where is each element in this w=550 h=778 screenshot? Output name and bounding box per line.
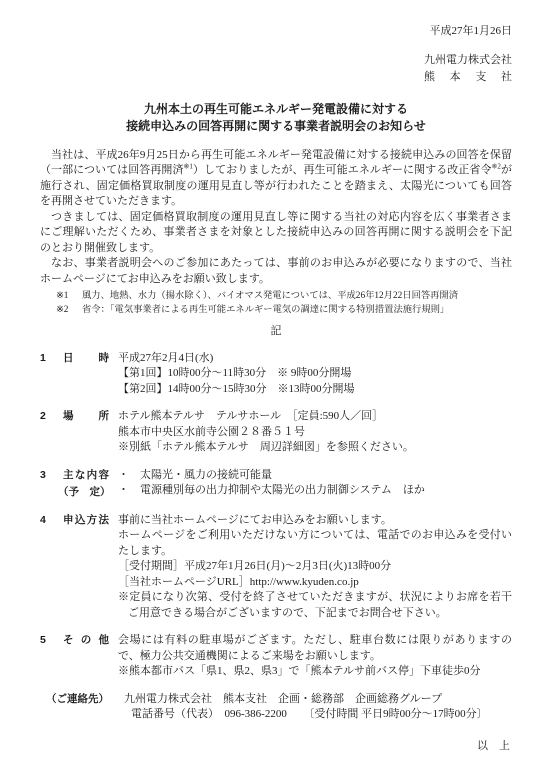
item-venue-label: 場所 bbox=[63, 409, 109, 425]
document-date: 平成27年1月26日 bbox=[40, 24, 512, 40]
footnote-ref-2: ※2 bbox=[492, 162, 501, 170]
item-application-labelcol: 申込方法 bbox=[63, 513, 118, 622]
item-venue: 2 場所 ホテル熊本テルサ テルサホール ［定員:590人／回］ 熊本市中央区水… bbox=[40, 409, 512, 456]
closing-mark: 以 上 bbox=[40, 739, 512, 755]
footnote-1-text: 風力、地熱、水力（揚水除く）、バイオマス発電については、平成26年12月22日回… bbox=[82, 289, 512, 303]
item-application-content: 事前に当社ホームページにてお申込みをお願いします。 ホームページをご利用いただけ… bbox=[118, 513, 512, 622]
footnote-2-mark: ※2 bbox=[56, 303, 82, 317]
document-page: 平成27年1月26日 九州電力株式会社 熊本支社 九州本土の再生可能エネルギー発… bbox=[0, 0, 550, 778]
company-name: 九州電力株式会社 bbox=[424, 53, 512, 69]
item-application-number: 4 bbox=[40, 513, 63, 622]
item-line: 【第1回】10時00分～11時30分 ※ 9時00分開場 bbox=[118, 366, 512, 382]
paragraph-1: 当社は、平成26年9月25日から再生可能エネルギー発電設備に対する接続申込みの回… bbox=[40, 148, 512, 210]
document-title-line-1: 九州本土の再生可能エネルギー発電設備に対する bbox=[40, 101, 512, 118]
footnotes: ※1 風力、地熱、水力（揚水除く）、バイオマス発電については、平成26年12月2… bbox=[56, 289, 512, 317]
item-application-label: 申込方法 bbox=[63, 513, 109, 529]
document-title: 九州本土の再生可能エネルギー発電設備に対する 接続申込みの回答再開に関する事業者… bbox=[40, 101, 512, 135]
item-contents: 3 主な内容 （予 定） ・ 太陽光・風力の接続可能量 ・ 電源種別毎の出力抑制… bbox=[40, 468, 512, 501]
item-other-labelcol: その他 bbox=[63, 633, 118, 680]
item-contents-label: 主な内容 bbox=[63, 468, 109, 484]
item-venue-number: 2 bbox=[40, 409, 63, 456]
item-line: ・ 太陽光・風力の接続可能量 bbox=[118, 468, 512, 484]
contact-organization: 九州電力株式会社 熊本支社 企画・総務部 企画総務グループ bbox=[124, 692, 512, 708]
item-datetime-labelcol: 日時 bbox=[63, 351, 118, 398]
item-line-note: ※熊本都市バス「県1、県2、県3」で「熊本テルサ前バス停」下車徒歩0分 bbox=[118, 664, 512, 680]
item-datetime-label: 日時 bbox=[63, 351, 109, 367]
contact-lines: 九州電力株式会社 熊本支社 企画・総務部 企画総務グループ 電話番号（代表） 0… bbox=[124, 692, 512, 723]
item-contents-sublabel: （予 定） bbox=[58, 485, 118, 501]
item-other: 5 その他 会場には有料の駐車場がござます。ただし、駐車台数には限りがありますの… bbox=[40, 633, 512, 680]
item-line: 会場には有料の駐車場がござます。ただし、駐車台数には限りがありますので、極力公共… bbox=[118, 633, 512, 664]
contact-label: （ご連絡先） bbox=[40, 692, 124, 723]
item-other-content: 会場には有料の駐車場がござます。ただし、駐車台数には限りがありますので、極力公共… bbox=[118, 633, 512, 680]
item-line-note: ※定員になり次第、受付を終了させていただきますが、状況によりお席を若干ご用意でき… bbox=[118, 590, 512, 621]
item-line: 平成27年2月4日(水) bbox=[118, 351, 512, 367]
paragraph-3: なお、事業者説明会へのご参加にあたっては、事前のお申込みが必要になりますので、当… bbox=[40, 256, 512, 287]
item-application: 4 申込方法 事前に当社ホームページにてお申込みをお願いします。 ホームページを… bbox=[40, 513, 512, 622]
item-line: ホームページをご利用いただけない方については、電話でのお申込みを受付いたします。 bbox=[118, 528, 512, 559]
footnote-2: ※2 省令：「電気事業者による再生可能エネルギー電気の調達に関する特別措置法施行… bbox=[56, 303, 512, 317]
item-venue-labelcol: 場所 bbox=[63, 409, 118, 456]
issuer-inner: 九州電力株式会社 熊本支社 bbox=[424, 53, 512, 86]
paragraph-1-text-b: ）しておりましたが、再生可能エネルギーに関する改正省令 bbox=[193, 164, 492, 176]
footnote-2-text: 省令：「電気事業者による再生可能エネルギー電気の調達に関する特別措置法施行規則」 bbox=[82, 303, 512, 317]
branch-name: 熊本支社 bbox=[424, 70, 512, 86]
item-contents-content: ・ 太陽光・風力の接続可能量 ・ 電源種別毎の出力抑制や太陽光の出力制御システム… bbox=[118, 468, 512, 501]
item-datetime-content: 平成27年2月4日(水) 【第1回】10時00分～11時30分 ※ 9時00分開… bbox=[118, 351, 512, 398]
item-contents-labelcol: 主な内容 （予 定） bbox=[63, 468, 118, 501]
paragraph-2: つきましては、固定価格買取制度の運用見直し等に関する当社の対応内容を広く事業者さ… bbox=[40, 210, 512, 257]
item-datetime-number: 1 bbox=[40, 351, 63, 398]
document-title-line-2: 接続申込みの回答再開に関する事業者説明会のお知らせ bbox=[40, 118, 512, 135]
item-line: 事前に当社ホームページにてお申込みをお願いします。 bbox=[118, 513, 512, 529]
item-line: ホテル熊本テルサ テルサホール ［定員:590人／回］ bbox=[118, 409, 512, 425]
footnote-1-mark: ※1 bbox=[56, 289, 82, 303]
item-line: 熊本市中央区水前寺公園２８番５１号 bbox=[118, 425, 512, 441]
item-line: 【第2回】14時00分～15時30分 ※13時00分開場 bbox=[118, 382, 512, 398]
item-line: ※別紙「ホテル熊本テルサ 周辺詳細図」を参照ください。 bbox=[118, 440, 512, 456]
footnote-1: ※1 風力、地熱、水力（揚水除く）、バイオマス発電については、平成26年12月2… bbox=[56, 289, 512, 303]
ki-marker: 記 bbox=[40, 324, 512, 340]
item-line: ・ 電源種別毎の出力抑制や太陽光の出力制御システム ほか bbox=[118, 483, 512, 499]
issuer-block: 九州電力株式会社 熊本支社 bbox=[40, 53, 512, 86]
item-datetime: 1 日時 平成27年2月4日(水) 【第1回】10時00分～11時30分 ※ 9… bbox=[40, 351, 512, 398]
item-line-url: ［当社ホームページURL］http://www.kyuden.co.jp bbox=[118, 575, 512, 591]
contact-section: （ご連絡先） 九州電力株式会社 熊本支社 企画・総務部 企画総務グループ 電話番… bbox=[40, 692, 512, 723]
item-other-label: その他 bbox=[63, 633, 109, 649]
contact-phone: 電話番号（代表） 096-386-2200 〔受付時間 平日9時00分～17時0… bbox=[124, 707, 512, 723]
item-venue-content: ホテル熊本テルサ テルサホール ［定員:590人／回］ 熊本市中央区水前寺公園２… bbox=[118, 409, 512, 456]
item-other-number: 5 bbox=[40, 633, 63, 680]
item-line: ［受付期間］平成27年1月26日(月)～2月3日(火)13時00分 bbox=[118, 559, 512, 575]
footnote-ref-1: ※1 bbox=[184, 162, 193, 170]
